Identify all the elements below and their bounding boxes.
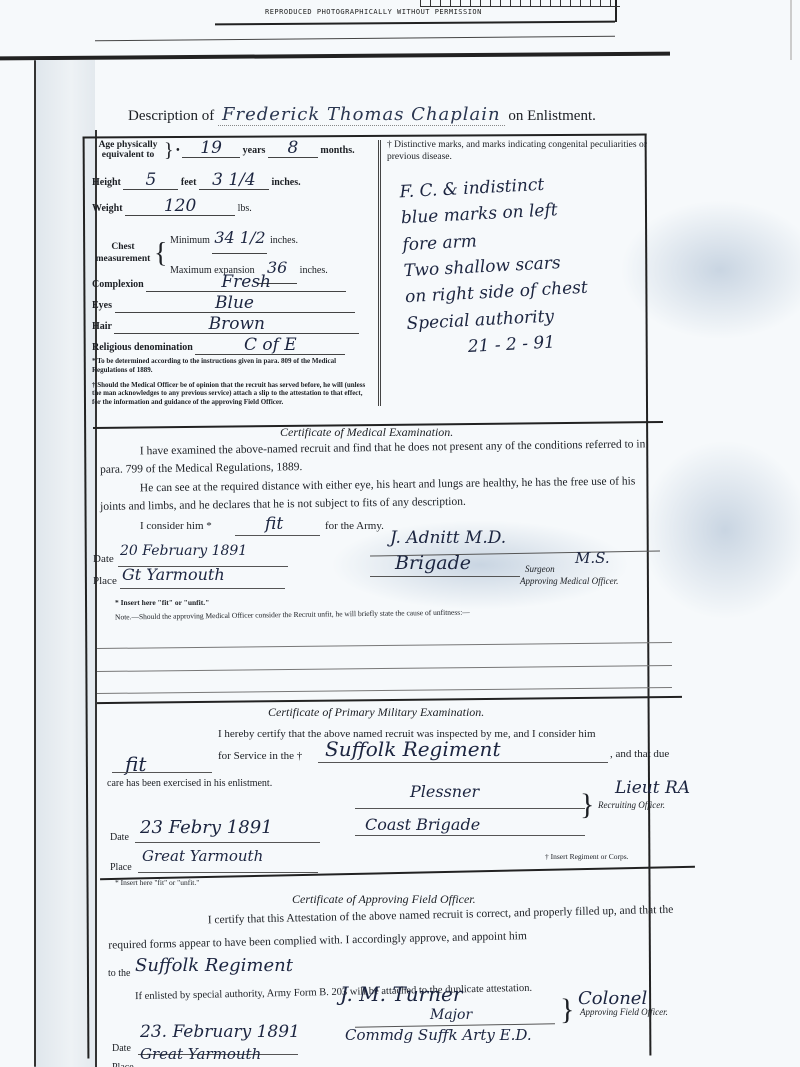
recruit-name: Frederick Thomas Chaplain [218, 104, 505, 126]
weight-value: 120 [125, 198, 235, 216]
distinctive-marks-label: † Distinctive marks, and marks indicatin… [387, 140, 652, 164]
eyes-row: Eyes Blue [92, 295, 372, 313]
hair-value: Brown [114, 316, 359, 334]
paper-edge [790, 0, 792, 60]
military-date-value: 23 Febry 1891 [140, 817, 273, 838]
medical-place-value: Gt Yarmouth [122, 565, 225, 584]
field-officer-place-value: Great Yarmouth [140, 1045, 261, 1063]
height-row: Height 5 feet 3 1/4 inches. [92, 172, 372, 192]
appointed-regiment-value: Suffolk Regiment [135, 955, 293, 976]
reproduction-notice: REPRODUCED PHOTOGRAPHICALLY WITHOUT PERM… [265, 8, 482, 16]
divider [95, 36, 615, 42]
age-months-value: 8 [268, 140, 318, 158]
field-officer-signature: J. M. Turner [340, 982, 462, 1006]
footnote-star: * To be determined according to the inst… [92, 357, 372, 375]
paper-stain [640, 440, 800, 620]
regiment-value: Suffolk Regiment [325, 737, 500, 761]
margin-edge [34, 60, 36, 1067]
height-feet-value: 5 [123, 172, 178, 190]
consider-label: I consider him * [140, 520, 212, 532]
height-inches-value: 3 1/4 [199, 172, 269, 190]
chest-min-value: 34 1/2 [212, 224, 267, 254]
religion-value: C of E [195, 337, 345, 355]
complexion-row: Complexion Fresh [92, 274, 372, 292]
distinctive-marks-text: F. C. & indistinct blue marks on left fo… [387, 166, 661, 364]
military-certificate-title: Certificate of Primary Military Examinat… [268, 705, 484, 720]
military-place-value: Great Yarmouth [142, 847, 263, 865]
description-title: Description of Frederick Thomas Chaplain… [128, 104, 596, 125]
religion-row: Religious denomination C of E [92, 337, 372, 355]
eyes-value: Blue [115, 295, 355, 313]
medical-fitness-value: fit [265, 514, 283, 534]
physical-description: Age physically equivalent to} • 19 years… [92, 140, 372, 407]
approving-field-officer-label: Approving Field Officer. [580, 1007, 668, 1017]
recruiting-unit: Coast Brigade [365, 815, 480, 834]
page-top-edge [0, 52, 670, 61]
weight-row: Weight 120 lbs. [92, 198, 372, 218]
previous-page-grid [420, 0, 620, 7]
distinctive-marks-section: † Distinctive marks, and marks indicatin… [378, 140, 652, 406]
medical-date-value: 20 February 1891 [120, 543, 247, 559]
footnote-dagger: † Should the Medical Officer be of opini… [92, 381, 372, 407]
complexion-value: Fresh [146, 274, 346, 292]
field-officer-date-value: 23. February 1891 [140, 1022, 300, 1042]
chest-row: Chest measurement{ Minimum 34 1/2 inches… [92, 224, 372, 262]
age-years-value: 19 [182, 140, 240, 158]
age-row: Age physically equivalent to} • 19 years… [92, 140, 372, 166]
medical-certificate-title: Certificate of Medical Examination. [280, 425, 453, 440]
medical-officer-signature: J. Adnitt M.D. [390, 528, 506, 548]
recruiting-officer-signature: Plessner [410, 782, 479, 801]
field-officer-command: Commdg Suffk Arty E.D. [345, 1026, 532, 1044]
hair-row: Hair Brown [92, 316, 372, 334]
approving-medical-officer-label: Approving Medical Officer. [520, 576, 618, 586]
recruiting-officer-label: Recruiting Officer. [598, 800, 665, 810]
